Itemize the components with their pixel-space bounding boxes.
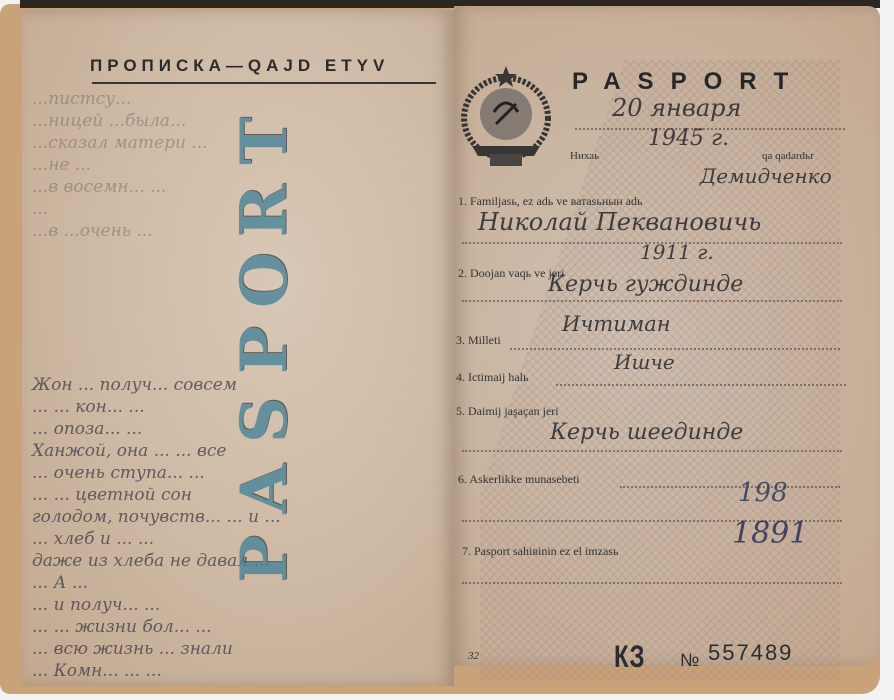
passport-title: PASPORT	[572, 68, 805, 96]
page-number: 32	[468, 650, 479, 662]
until-label-left: Нихаь	[570, 150, 599, 162]
hw-line: ... всю жизнь ... знали	[32, 638, 452, 660]
hw-line: ... и получ... ...	[32, 594, 452, 616]
stamp-letter: T	[234, 117, 296, 165]
field-nationality-value: Ичтиман	[562, 312, 671, 336]
passport-number: 557489	[708, 640, 793, 666]
field-social-status-value: Ишче	[614, 350, 675, 374]
dotted-line	[462, 582, 842, 584]
field-birth-year-value: 1911 г.	[640, 240, 714, 264]
field-residence-value: Керчь шеединде	[550, 420, 743, 445]
dotted-line	[556, 384, 846, 386]
field-birthplace-value: Керчь гуждинде	[548, 272, 743, 297]
dotted-line	[575, 128, 845, 130]
vertical-passport-stamp: P A S P O R T	[230, 110, 300, 590]
stamp-letter: R	[234, 184, 296, 237]
military-value-1: 198	[738, 478, 788, 508]
stamp-letter: S	[234, 397, 296, 443]
dotted-line	[620, 486, 840, 488]
field-5-label: 5. Daimij jaşaçan jeri	[456, 404, 559, 419]
dotted-line	[462, 300, 842, 302]
hw-line: ... ... жизни бол... ...	[32, 616, 452, 638]
field-4-label: 4. Ictimaij halь	[456, 370, 528, 385]
ussr-coat-of-arms-icon	[458, 62, 554, 172]
dotted-line	[510, 348, 840, 350]
stamp-letter: A	[234, 464, 296, 514]
passport-series: КЗ	[614, 640, 645, 676]
field-1-label: 1. Familjasь, ez adь ve ватasьнын adь	[458, 194, 643, 209]
dotted-line	[462, 450, 842, 452]
stamp-letter: O	[234, 252, 296, 308]
passport-booklet: ...пистсу... ...ницей ...была... ...сказ…	[0, 0, 894, 700]
field-7-label: 7. Pasport sahiвinin ez el imzasь	[462, 544, 618, 559]
left-page-header: ПРОПИСКА—QAJD ETYV	[90, 56, 450, 76]
field-surname-value: Демидченко	[700, 164, 832, 188]
field-name-value: Николай Пеквановичь	[478, 208, 761, 236]
dotted-line	[462, 520, 842, 522]
field-3-label: 3. Milleti	[456, 333, 501, 348]
hw-line: ... Комн... ... ...	[32, 660, 452, 682]
header-underline	[92, 82, 436, 84]
until-label-right: qa qadardьr	[762, 150, 814, 162]
issue-date-handwritten: 20 января	[612, 94, 741, 122]
field-6-label: 6. Askerlikke munasebeti	[458, 472, 580, 487]
hw-line: ...пистсу...	[32, 88, 452, 110]
stamp-letter: P	[234, 326, 296, 374]
stamp-letter: P	[234, 535, 296, 583]
number-sign: №	[680, 650, 699, 671]
